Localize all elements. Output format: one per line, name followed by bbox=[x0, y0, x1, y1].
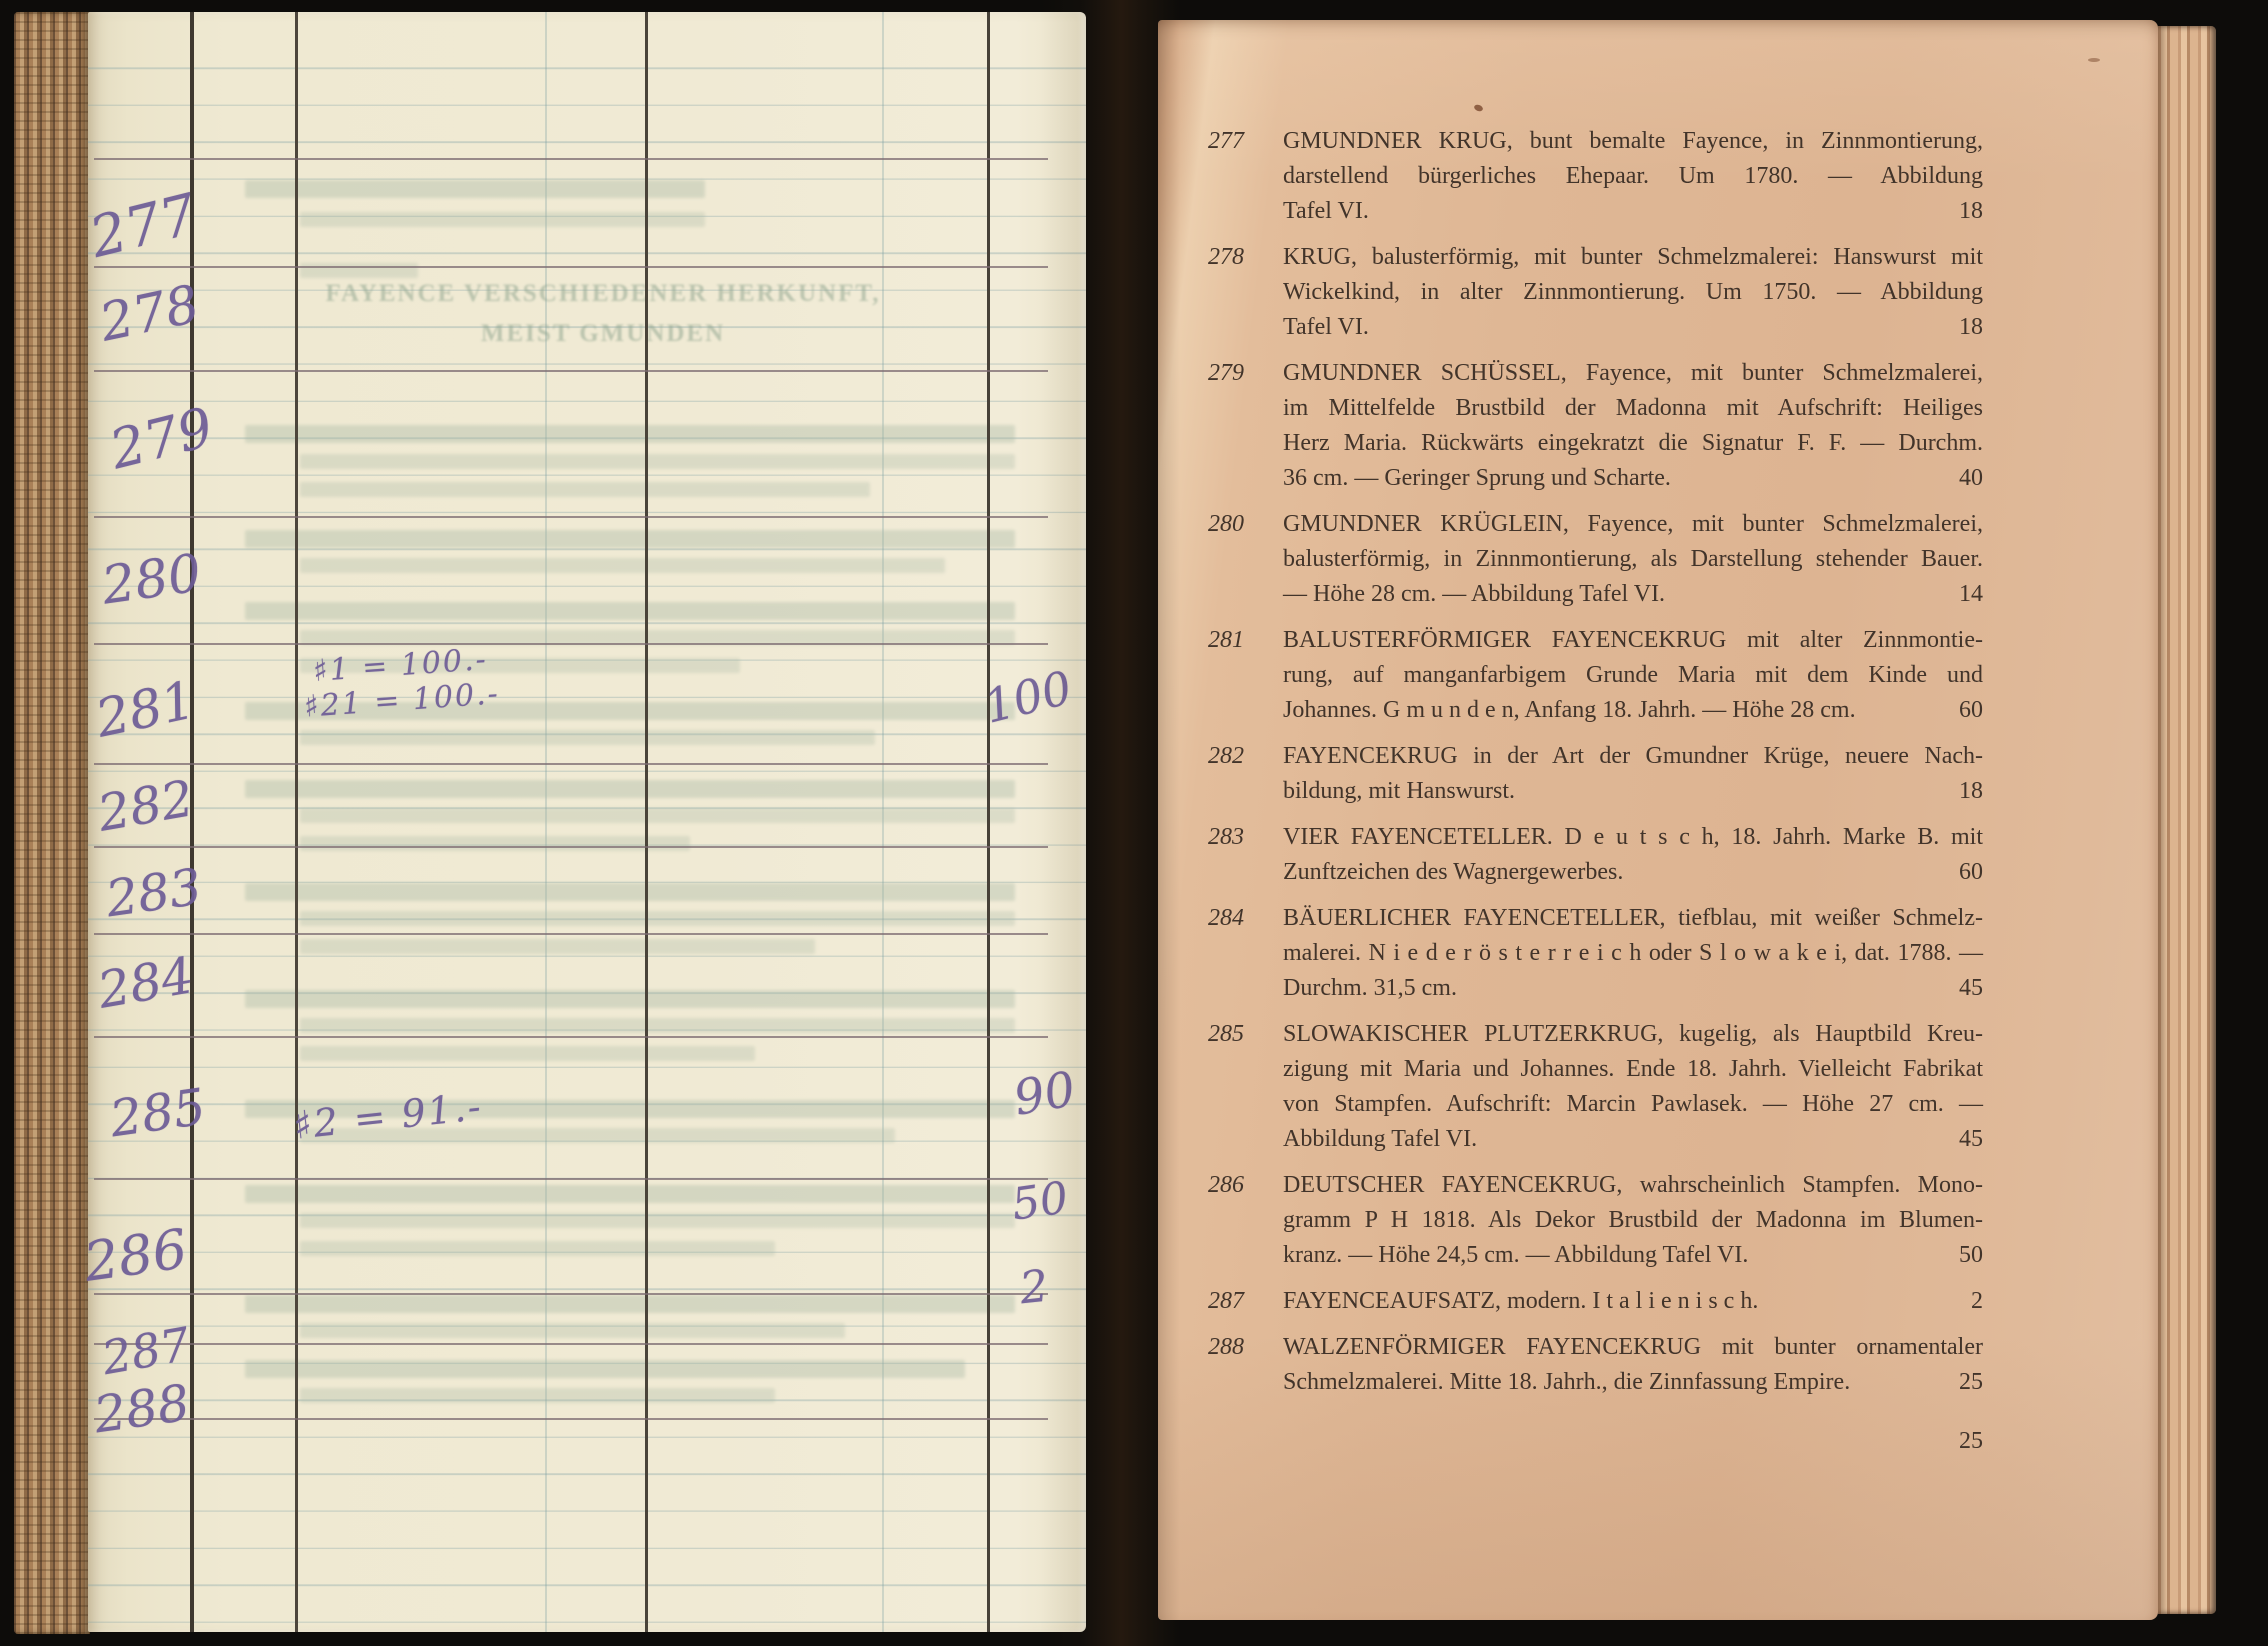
ghost-text-line bbox=[300, 1241, 775, 1256]
entry-text-line: DEUTSCHER FAYENCEKRUG, wahrscheinlich St… bbox=[1283, 1168, 1983, 1203]
catalog-entries: 277GMUNDNER KRUG, bunt bemalte Fayence, … bbox=[1208, 124, 1983, 1411]
entry-text: GMUNDNER KRÜGLEIN, Fayence, mit bunter S… bbox=[1283, 507, 1983, 612]
grid-line-horizontal bbox=[94, 1178, 1048, 1180]
catalog-entry: 279GMUNDNER SCHÜSSEL, Fayence, mit bunte… bbox=[1208, 356, 1983, 496]
ghost-text-line bbox=[245, 990, 1015, 1008]
entry-text-line: BALUSTERFÖRMIGER FAYENCEKRUG mit alter Z… bbox=[1283, 623, 1983, 658]
catalog-entry: 277GMUNDNER KRUG, bunt bemalte Fayence, … bbox=[1208, 124, 1983, 229]
paper-speck bbox=[2088, 58, 2100, 62]
entry-price: 40 bbox=[1959, 461, 1983, 496]
entry-text: SLOWAKISCHER PLUTZERKRUG, kugelig, als H… bbox=[1283, 1017, 1983, 1157]
entry-text-line: zigung mit Maria und Johannes. Ende 18. … bbox=[1283, 1052, 1983, 1087]
ledger-interleaf-page: FAYENCE VERSCHIEDENER HERKUNFT, MEIST GM… bbox=[88, 12, 1086, 1632]
ghost-text-line bbox=[300, 1213, 1015, 1228]
catalog-entry: 278KRUG, balusterförmig, mit bunter Schm… bbox=[1208, 240, 1983, 345]
paper-speck bbox=[1473, 104, 1484, 113]
grid-line-vertical bbox=[645, 12, 648, 1632]
entry-lot-number: 277 bbox=[1208, 124, 1266, 159]
entry-text-line: malerei. N i e d e r ö s t e r r e i c h… bbox=[1283, 936, 1983, 971]
entry-text-line: balusterförmig, in Zinnmontierung, als D… bbox=[1283, 542, 1983, 577]
grid-line-horizontal bbox=[94, 266, 1048, 268]
entry-text-line: Herz Maria. Rückwärts eingekratzt die Si… bbox=[1283, 426, 1983, 461]
ghost-text-line bbox=[300, 482, 870, 497]
grid-line-horizontal bbox=[94, 933, 1048, 935]
page-edges-left bbox=[14, 12, 90, 1634]
entry-lot-number: 284 bbox=[1208, 901, 1266, 936]
ghost-text-line bbox=[245, 1185, 1015, 1203]
entry-text-line: kranz. — Höhe 24,5 cm. — Abbildung Tafel… bbox=[1283, 1238, 1983, 1273]
grid-line-vertical bbox=[987, 12, 990, 1632]
catalog-entry: 288WALZENFÖRMIGER FAYENCEKRUG mit bunter… bbox=[1208, 1330, 1983, 1400]
catalog-entry: 284BÄUERLICHER FAYENCETELLER, tiefblau, … bbox=[1208, 901, 1983, 1006]
catalog-entry: 283VIER FAYENCETELLER. D e u t s c h, 18… bbox=[1208, 820, 1983, 890]
entry-text-line: Wickelkind, in alter Zinnmontierung. Um … bbox=[1283, 275, 1983, 310]
entry-text-line: Tafel VI. bbox=[1283, 194, 1983, 229]
ghost-text-line bbox=[300, 911, 1015, 926]
entry-text-line: Schmelzmalerei. Mitte 18. Jahrh., die Zi… bbox=[1283, 1365, 1983, 1400]
entry-text-line: Zunftzeichen des Wagnergewerbes. bbox=[1283, 855, 1983, 890]
catalog-page: 277GMUNDNER KRUG, bunt bemalte Fayence, … bbox=[1158, 20, 2158, 1620]
entry-price: 60 bbox=[1959, 693, 1983, 728]
ghost-text-line bbox=[300, 1018, 1015, 1033]
ghost-text-line bbox=[245, 602, 1015, 620]
ghost-text-line bbox=[300, 836, 690, 851]
ghost-text-line bbox=[245, 1360, 965, 1378]
entry-text-line: GMUNDNER KRÜGLEIN, Fayence, mit bunter S… bbox=[1283, 507, 1983, 542]
grid-line-horizontal bbox=[94, 158, 1048, 160]
entry-text-line: BÄUERLICHER FAYENCETELLER, tiefblau, mit… bbox=[1283, 901, 1983, 936]
ghost-text-line bbox=[245, 180, 705, 198]
entry-price: 60 bbox=[1959, 855, 1983, 890]
entry-text-line: WALZENFÖRMIGER FAYENCEKRUG mit bunter or… bbox=[1283, 1330, 1983, 1365]
catalog-entry: 281BALUSTERFÖRMIGER FAYENCEKRUG mit alte… bbox=[1208, 623, 1983, 728]
ghost-text-line bbox=[300, 808, 1015, 823]
entry-text: DEUTSCHER FAYENCEKRUG, wahrscheinlich St… bbox=[1283, 1168, 1983, 1273]
catalog-entry: 286DEUTSCHER FAYENCEKRUG, wahrscheinlich… bbox=[1208, 1168, 1983, 1273]
ghost-text-line bbox=[300, 558, 945, 573]
entry-text: VIER FAYENCETELLER. D e u t s c h, 18. J… bbox=[1283, 820, 1983, 890]
grid-line-horizontal bbox=[94, 763, 1048, 765]
entry-price: 25 bbox=[1959, 1365, 1983, 1400]
ghost-text-line bbox=[300, 1323, 845, 1338]
entry-text-line: 36 cm. — Geringer Sprung und Scharte. bbox=[1283, 461, 1983, 496]
grid-line-horizontal bbox=[94, 1293, 1048, 1295]
ghost-heading-line: MEIST GMUNDEN bbox=[248, 320, 958, 348]
entry-price: 14 bbox=[1959, 577, 1983, 612]
entry-text-line: SLOWAKISCHER PLUTZERKRUG, kugelig, als H… bbox=[1283, 1017, 1983, 1052]
entry-text-line: VIER FAYENCETELLER. D e u t s c h, 18. J… bbox=[1283, 820, 1983, 855]
entry-text-line: rung, auf manganfarbigem Grunde Maria mi… bbox=[1283, 658, 1983, 693]
ghost-text-line bbox=[245, 883, 1015, 901]
grid-line-horizontal bbox=[94, 1036, 1048, 1038]
ghost-text-line bbox=[245, 1295, 1015, 1313]
ghost-heading-line: FAYENCE VERSCHIEDENER HERKUNFT, bbox=[248, 280, 958, 308]
catalog-entry: 282FAYENCEKRUG in der Art der Gmundner K… bbox=[1208, 739, 1983, 809]
catalog-entry: 287FAYENCEAUFSATZ, modern. I t a l i e n… bbox=[1208, 1284, 1983, 1319]
page-number: 25 bbox=[1959, 1428, 1983, 1455]
entry-lot-number: 283 bbox=[1208, 820, 1266, 855]
entry-text: FAYENCEKRUG in der Art der Gmundner Krüg… bbox=[1283, 739, 1983, 809]
entry-text-line: — Höhe 28 cm. — Abbildung Tafel VI. bbox=[1283, 577, 1983, 612]
book-scan: { "left_page": { "description": "handwri… bbox=[0, 0, 2268, 1646]
entry-text-line: Tafel VI. bbox=[1283, 310, 1983, 345]
catalog-entry: 280GMUNDNER KRÜGLEIN, Fayence, mit bunte… bbox=[1208, 507, 1983, 612]
price-handwritten: 90 bbox=[1010, 1061, 1080, 1127]
ghost-text-line bbox=[300, 1388, 775, 1403]
entry-lot-number: 285 bbox=[1208, 1017, 1266, 1052]
grid-line-horizontal bbox=[94, 370, 1048, 372]
entry-text: GMUNDNER KRUG, bunt bemalte Fayence, in … bbox=[1283, 124, 1983, 229]
entry-lot-number: 288 bbox=[1208, 1330, 1266, 1365]
ghost-text-line bbox=[245, 530, 1015, 548]
page-edges-right bbox=[2158, 26, 2216, 1614]
entry-price: 45 bbox=[1959, 971, 1983, 1006]
ghost-text-line bbox=[245, 780, 1015, 798]
entry-text-line: Durchm. 31,5 cm. bbox=[1283, 971, 1983, 1006]
grid-line-horizontal bbox=[94, 516, 1048, 518]
entry-text: KRUG, balusterförmig, mit bunter Schmelz… bbox=[1283, 240, 1983, 345]
grid-line-horizontal bbox=[94, 1343, 1048, 1345]
entry-text: GMUNDNER SCHÜSSEL, Fayence, mit bunter S… bbox=[1283, 356, 1983, 496]
entry-lot-number: 281 bbox=[1208, 623, 1266, 658]
ghost-text-line bbox=[300, 939, 815, 954]
entry-text-line: darstellend bürgerliches Ehepaar. Um 178… bbox=[1283, 159, 1983, 194]
entry-text-line: bildung, mit Hanswurst. bbox=[1283, 774, 1983, 809]
entry-text: WALZENFÖRMIGER FAYENCEKRUG mit bunter or… bbox=[1283, 1330, 1983, 1400]
ghost-text-line bbox=[300, 1046, 755, 1061]
entry-text-line: gramm P H 1818. Als Dekor Brustbild der … bbox=[1283, 1203, 1983, 1238]
entry-text-line: Abbildung Tafel VI. bbox=[1283, 1122, 1983, 1157]
entry-text-line: im Mittelfelde Brustbild der Madonna mit… bbox=[1283, 391, 1983, 426]
entry-price: 2 bbox=[1971, 1284, 1983, 1319]
ghost-text-line bbox=[300, 454, 1015, 469]
entry-text-line: Johannes. G m u n d e n, Anfang 18. Jahr… bbox=[1283, 693, 1983, 728]
entry-price: 50 bbox=[1959, 1238, 1983, 1273]
ghost-text-line bbox=[245, 425, 1015, 443]
entry-text-line: KRUG, balusterförmig, mit bunter Schmelz… bbox=[1283, 240, 1983, 275]
entry-lot-number: 286 bbox=[1208, 1168, 1266, 1203]
entry-price: 45 bbox=[1959, 1122, 1983, 1157]
catalog-entry: 285SLOWAKISCHER PLUTZERKRUG, kugelig, al… bbox=[1208, 1017, 1983, 1157]
entry-lot-number: 287 bbox=[1208, 1284, 1266, 1319]
entry-lot-number: 280 bbox=[1208, 507, 1266, 542]
entry-text-line: FAYENCEKRUG in der Art der Gmundner Krüg… bbox=[1283, 739, 1983, 774]
entry-price: 18 bbox=[1959, 194, 1983, 229]
entry-lot-number: 279 bbox=[1208, 356, 1266, 391]
entry-lot-number: 278 bbox=[1208, 240, 1266, 275]
grid-line-horizontal bbox=[94, 643, 1048, 645]
entry-text-line: FAYENCEAUFSATZ, modern. I t a l i e n i … bbox=[1283, 1284, 1983, 1319]
grid-line-vertical bbox=[295, 12, 298, 1632]
entry-text-line: GMUNDNER KRUG, bunt bemalte Fayence, in … bbox=[1283, 124, 1983, 159]
entry-text-line: von Stampfen. Aufschrift: Marcin Pawlase… bbox=[1283, 1087, 1983, 1122]
entry-text-line: GMUNDNER SCHÜSSEL, Fayence, mit bunter S… bbox=[1283, 356, 1983, 391]
price-handwritten: 2 bbox=[1017, 1261, 1050, 1315]
grid-line-horizontal bbox=[94, 846, 1048, 848]
entry-text: BALUSTERFÖRMIGER FAYENCEKRUG mit alter Z… bbox=[1283, 623, 1983, 728]
ghost-text-line bbox=[300, 730, 875, 745]
price-handwritten: 50 bbox=[1009, 1172, 1072, 1230]
entry-lot-number: 282 bbox=[1208, 739, 1266, 774]
entry-price: 18 bbox=[1959, 774, 1983, 809]
grid-line-horizontal bbox=[94, 1418, 1048, 1420]
entry-text: BÄUERLICHER FAYENCETELLER, tiefblau, mit… bbox=[1283, 901, 1983, 1006]
entry-price: 18 bbox=[1959, 310, 1983, 345]
entry-text: FAYENCEAUFSATZ, modern. I t a l i e n i … bbox=[1283, 1284, 1983, 1319]
